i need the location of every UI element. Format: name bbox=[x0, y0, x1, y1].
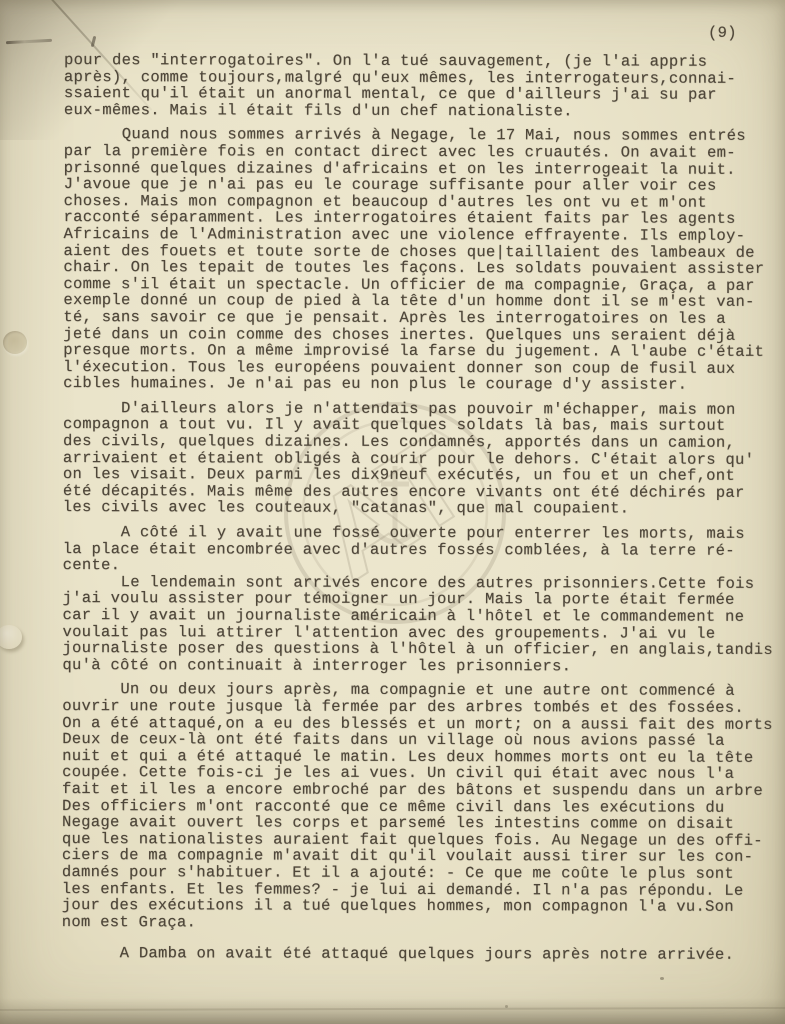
paragraph: Quand nous sommes arrivés à Negage, le 1… bbox=[63, 126, 780, 393]
text-line: on les visait. Deux parmi les dix9neuf e… bbox=[63, 466, 779, 484]
text-line: arrivaient et étaient obligés à courir p… bbox=[63, 450, 779, 468]
text-line: té, sans savoir ce que je pensait. Après… bbox=[63, 309, 779, 327]
text-line: jour des exécutions il a tué quelques ho… bbox=[62, 897, 778, 915]
text-line: ciers de ma compagnie m'avait dit qu'il … bbox=[62, 847, 778, 865]
scanned-document-page: AT (9) pour des "interrogatoires". On l'… bbox=[0, 0, 785, 1024]
text-line: cente. bbox=[63, 557, 779, 575]
typewritten-text: pour des "interrogatoires". On l'a tué s… bbox=[62, 52, 780, 964]
text-line: les civils avec les couteaux, "catanas",… bbox=[63, 499, 779, 517]
text-line: Des officiers m'ont racconté que ce même… bbox=[62, 798, 778, 816]
scan-bottom-edge bbox=[0, 998, 785, 1024]
text-line: cibles humaines. Je n'ai pas eu non plus… bbox=[63, 375, 779, 393]
text-line: compagnon a tout vu. Il y avait quelques… bbox=[63, 416, 779, 434]
text-line: exemple donné un coup de pied à la tête … bbox=[63, 292, 779, 310]
text-line: damnés pour s'habituer. Et il a ajouté: … bbox=[62, 864, 778, 882]
text-line: presque morts. On a même improvisé la fa… bbox=[63, 342, 779, 360]
paragraph: Un ou deux jours après, ma compagnie et … bbox=[62, 681, 779, 932]
text-line: D'ailleurs alors je n'attendais pas pouv… bbox=[63, 400, 779, 418]
text-line: Quand nous sommes arrivés à Negage, le 1… bbox=[64, 126, 780, 144]
paper-speck bbox=[660, 977, 664, 980]
text-line: fait et il les a encore embroché par des… bbox=[62, 781, 778, 799]
text-line: J'avoue que je n'ai pas eu le courage su… bbox=[64, 176, 780, 194]
text-line: été décapités. Mais même des autres enco… bbox=[63, 483, 779, 501]
page-number: (9) bbox=[708, 24, 737, 42]
text-line: choses. Mais mon compagnon et beaucoup d… bbox=[64, 193, 780, 211]
text-line: Le lendemain sont arrivés encore des aut… bbox=[63, 574, 779, 592]
text-line: Africains de l'Administration avec une v… bbox=[64, 226, 780, 244]
text-line: racconté séparamment. Les interrogatoire… bbox=[64, 209, 780, 227]
paragraph: Le lendemain sont arrivés encore des aut… bbox=[62, 574, 778, 675]
text-line: Deux de ceux-là ont été faits dans un vi… bbox=[62, 731, 778, 749]
text-line: aient des fouets et toute sorte de chose… bbox=[63, 243, 779, 261]
text-line: voulait pas lui attirer l'attention avec… bbox=[62, 624, 778, 642]
paragraph: A côté il y avait une fossé ouverte pour… bbox=[63, 524, 779, 576]
text-line: car il y avait un journaliste américain … bbox=[63, 607, 779, 625]
text-line: la place était encombrée avec d'autres f… bbox=[63, 541, 779, 559]
paragraph: pour des "interrogatoires". On l'a tué s… bbox=[64, 52, 780, 120]
punch-hole bbox=[3, 331, 27, 354]
text-line: l'éxecution. Tous les européens pouvaien… bbox=[63, 359, 779, 377]
text-line: pour des "interrogatoires". On l'a tué s… bbox=[64, 52, 780, 70]
text-line: après), comme toujours,malgré qu'eux mêm… bbox=[64, 69, 780, 87]
text-line: que les nationalistes auraient fait quel… bbox=[62, 831, 778, 849]
text-line: par la première fois en contact direct a… bbox=[64, 143, 780, 161]
text-line: nuit et qui a été attaqué le matin. Les … bbox=[62, 748, 778, 766]
paragraph: A Damba on avait été attaqué quelques jo… bbox=[62, 945, 778, 963]
text-line: A Damba on avait été attaqué quelques jo… bbox=[62, 945, 778, 963]
text-line: des civils, quelques dizaines. Les conda… bbox=[63, 433, 779, 451]
paragraph: D'ailleurs alors je n'attendais pas pouv… bbox=[63, 400, 779, 518]
text-line: coupée. Cette fois-ci je les ai vues. Un… bbox=[62, 764, 778, 782]
text-line: ssaient qu'il était un anormal mental, c… bbox=[64, 85, 780, 103]
text-line: ouvrir une route jusque là fermée par de… bbox=[62, 698, 778, 716]
text-line: On a été attaqué,on a eu des blessés et … bbox=[62, 715, 778, 733]
text-line: A côté il y avait une fossé ouverte pour… bbox=[63, 524, 779, 542]
text-line: journaliste poser des questions à l'hôte… bbox=[62, 640, 778, 658]
punch-hole bbox=[0, 625, 22, 649]
text-line: chair. On les tepait de toutes les façon… bbox=[63, 259, 779, 277]
text-line: les enfants. Et les femmes? - je lui ai … bbox=[62, 880, 778, 898]
text-line: nom est Graça. bbox=[62, 914, 778, 932]
text-line: comme s'il était un spectacle. Un offici… bbox=[63, 276, 779, 294]
text-line: Negage avait ouvert les corps et parsemé… bbox=[62, 814, 778, 832]
text-line: qu'à côté on continuait à interroger les… bbox=[62, 657, 778, 675]
text-line: eux-mêmes. Mais il était fils d'un chef … bbox=[64, 102, 780, 120]
text-line: Un ou deux jours après, ma compagnie et … bbox=[62, 681, 778, 699]
text-line: jeté dans un coin comme des choses inert… bbox=[63, 325, 779, 343]
text-line: j'ai voulu assister pour témoigner un jo… bbox=[63, 590, 779, 608]
text-line: prisonné quelques dizaines d'africains e… bbox=[64, 160, 780, 178]
